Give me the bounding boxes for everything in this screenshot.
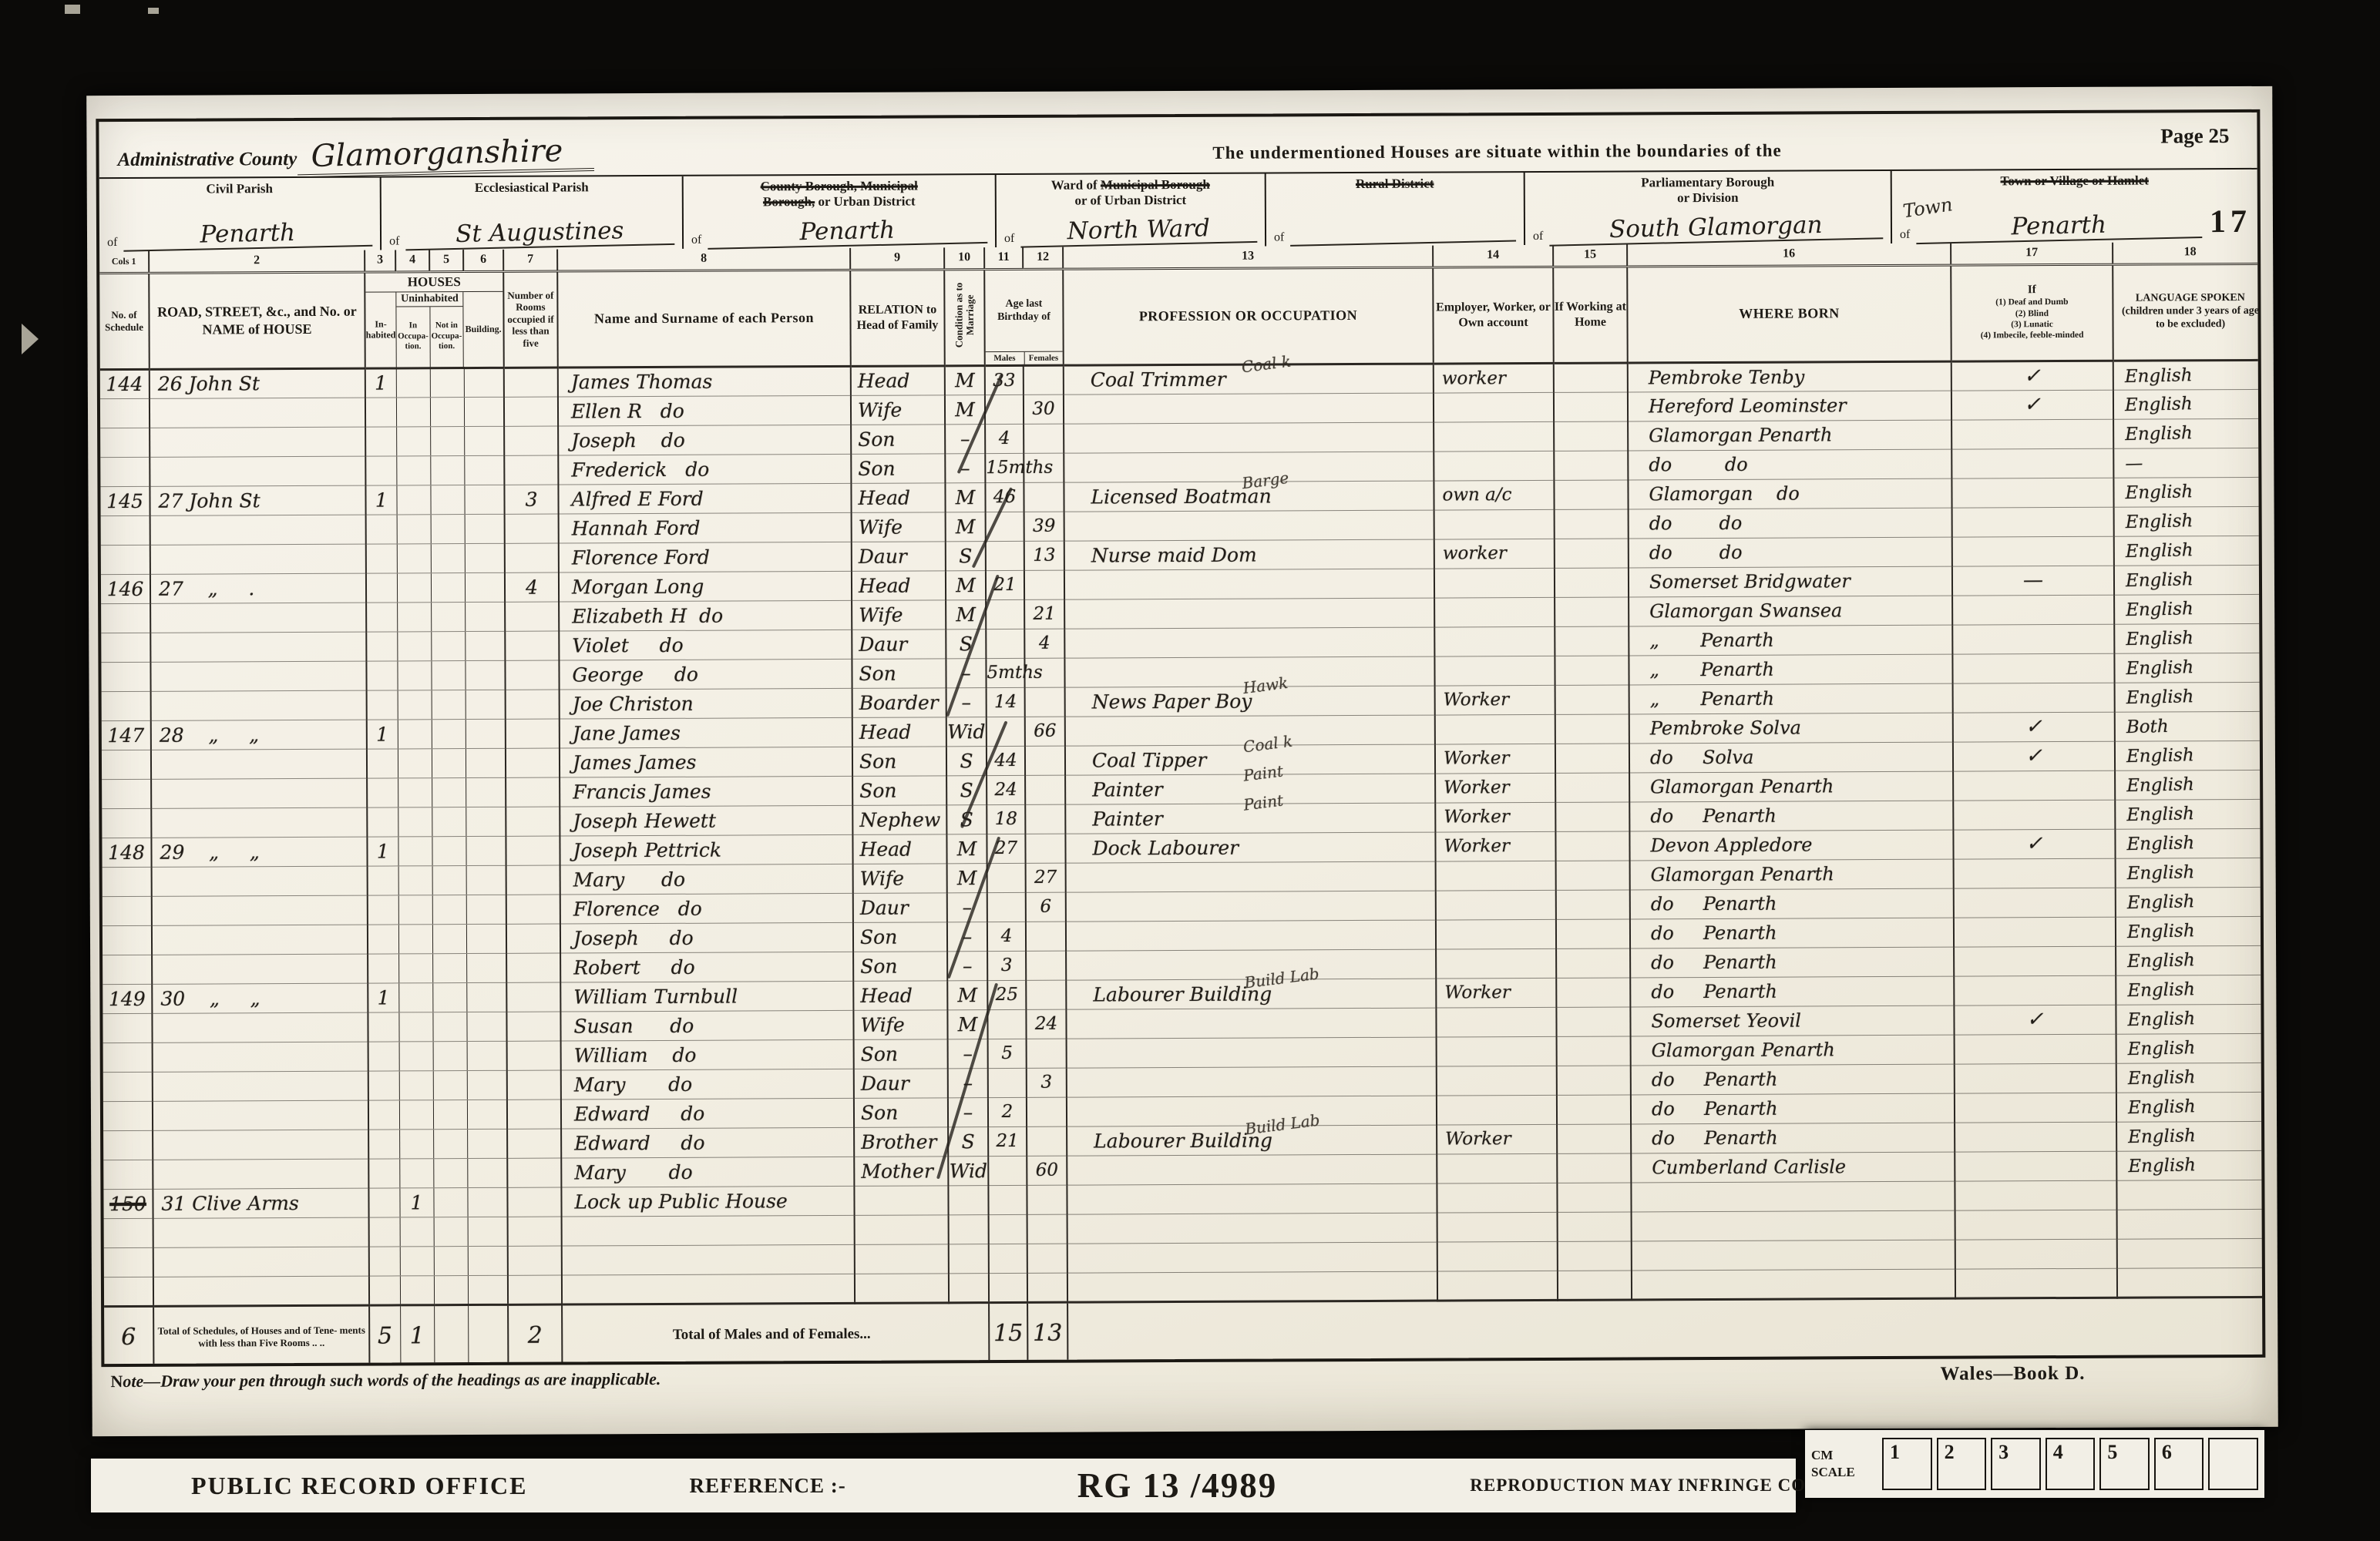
cell-uninhabited-not-occupied xyxy=(431,543,465,572)
cell-schedule xyxy=(103,1072,153,1101)
cell-uninhabited-occupied xyxy=(400,1246,434,1275)
cell-inhabited xyxy=(368,1187,399,1217)
cell-age-female xyxy=(1027,1097,1067,1126)
cell-relation: Brother xyxy=(854,1126,948,1157)
cell-occupation: Build LabLabourer Building xyxy=(1066,979,1436,1009)
cell-uninhabited-occupied xyxy=(398,690,432,719)
cell-road xyxy=(151,690,367,720)
cell-uninhabited-not-occupied xyxy=(432,777,466,807)
cell-relation: Son xyxy=(854,1039,948,1069)
cell-where-born: Cumberland Carlisle xyxy=(1631,1152,1955,1183)
cell-age-female xyxy=(1025,746,1065,775)
cell-building xyxy=(466,982,506,1012)
cell-infirmity-mark: — xyxy=(1952,566,2114,596)
cell-inhabited xyxy=(368,1070,399,1100)
microfilm-scan: { "page": { "number_label": "Page 25" },… xyxy=(0,0,2380,1541)
cell-age-female xyxy=(1027,1039,1067,1068)
cell-rooms xyxy=(508,1275,562,1304)
cell-infirmity-mark: ✓ xyxy=(1953,829,2115,859)
cell-employer xyxy=(1436,890,1556,920)
total-schedules: 6 xyxy=(104,1306,153,1367)
urban-district-title: County Borough, Municipal Borough, or Ur… xyxy=(688,178,990,210)
cell-language: English xyxy=(2116,1120,2266,1152)
cell-relation: Head xyxy=(853,980,947,1010)
cell-road xyxy=(152,954,368,984)
cell-occupation xyxy=(1064,627,1434,658)
cell-occupation xyxy=(1067,1183,1437,1214)
cell-rooms xyxy=(504,455,558,485)
cell-uninhabited-occupied xyxy=(399,1129,433,1158)
cell-occupation xyxy=(1066,861,1436,892)
cell-working-at-home xyxy=(1555,509,1629,538)
cell-uninhabited-occupied xyxy=(398,1012,432,1041)
cell-age-male: 3 xyxy=(987,951,1026,980)
cell-infirmity-mark xyxy=(1954,888,2116,918)
cell-schedule xyxy=(103,867,152,896)
cell-uninhabited-not-occupied xyxy=(431,602,465,631)
parliamentary-borough-box: Parliamentary Boroughor Division ofSouth… xyxy=(1524,171,1891,245)
cell-occupation xyxy=(1064,393,1434,424)
cell-age-female xyxy=(1024,482,1064,512)
cell-schedule xyxy=(103,896,152,925)
occupation-text: Coal Tipper xyxy=(1092,748,1207,771)
cell-infirmity-mark xyxy=(1955,1093,2116,1123)
cell-condition xyxy=(949,1244,989,1273)
cell-inhabited xyxy=(367,777,398,807)
cell-working-at-home xyxy=(1557,1182,1631,1211)
cell-condition xyxy=(948,1185,988,1214)
cell-language: English xyxy=(2116,944,2266,976)
cell-infirmity-mark xyxy=(1955,1268,2117,1298)
cell-rooms xyxy=(507,1129,561,1158)
cell-schedule: 144 xyxy=(100,369,150,398)
cell-name: Robert do xyxy=(560,952,853,982)
occupation-text: Coal Trimmer xyxy=(1091,368,1226,391)
cell-employer xyxy=(1437,1153,1557,1183)
cell-name: James James xyxy=(560,747,852,777)
col-number: 7 xyxy=(503,250,557,271)
cell-age-male xyxy=(989,1214,1027,1244)
of-label: of xyxy=(691,233,708,247)
cell-inhabited xyxy=(368,895,398,924)
cell-age-female xyxy=(1025,804,1065,834)
cell-age-female: 3 xyxy=(1027,1068,1067,1097)
cell-working-at-home xyxy=(1558,1241,1632,1270)
column-headers-row: No. of Schedule ROAD, STREET, &c., and N… xyxy=(99,264,2265,369)
cell-where-born: Glamorgan Swansea xyxy=(1629,596,1952,626)
cell-where-born: Devon Appledore xyxy=(1629,830,1953,861)
cell-building xyxy=(465,543,505,572)
cell-language: English xyxy=(2115,739,2266,771)
cell-uninhabited-occupied xyxy=(396,368,430,397)
cell-uninhabited-not-occupied xyxy=(432,924,466,953)
scale-tick: 2 xyxy=(1937,1438,1987,1490)
footer-reference-bar: PUBLIC RECORD OFFICE REFERENCE :- RG 13 … xyxy=(91,1459,1796,1512)
cell-rooms xyxy=(506,690,560,719)
cell-name: Mary do xyxy=(561,1157,854,1187)
cell-inhabited xyxy=(365,455,396,485)
cell-where-born xyxy=(1632,1240,1955,1271)
cell-occupation xyxy=(1067,1154,1437,1185)
cell-infirmity-mark xyxy=(1952,624,2114,654)
cell-working-at-home xyxy=(1556,918,1630,948)
census-sheet: Administrative County Glamorganshire The… xyxy=(96,109,2265,1367)
town-village-title: Town or Village or Hamlet xyxy=(1897,173,2253,190)
cell-schedule xyxy=(101,515,150,545)
cell-name: Joseph Pettrick xyxy=(560,834,852,865)
cell-rooms xyxy=(505,514,559,543)
cell-road xyxy=(151,778,367,808)
cell-infirmity-mark xyxy=(1951,419,2113,449)
cell-where-born: Glamorgan Penarth xyxy=(1630,859,1954,890)
cell-rooms xyxy=(506,807,560,836)
cell-employer xyxy=(1437,1036,1557,1066)
cell-working-at-home xyxy=(1554,362,1628,391)
cell-inhabited xyxy=(368,1129,399,1158)
cell-where-born: Somerset Yeovil xyxy=(1630,1006,1954,1036)
cell-uninhabited-occupied xyxy=(398,865,432,895)
cell-relation: Nephew xyxy=(852,804,946,834)
cell-infirmity-mark xyxy=(1952,507,2114,537)
cell-relation: Son xyxy=(853,922,947,952)
cell-age-female xyxy=(1025,834,1065,863)
cell-building xyxy=(467,1041,507,1070)
cell-building xyxy=(466,836,506,865)
cell-condition: S xyxy=(946,746,987,775)
cell-language: English xyxy=(2114,622,2265,654)
cell-occupation xyxy=(1066,920,1436,951)
cell-uninhabited-not-occupied xyxy=(433,1041,467,1070)
cell-condition: M xyxy=(946,570,986,599)
col-header-infirmity: If (1) Deaf and Dumb (2) Blind (3) Lunat… xyxy=(1951,264,2113,361)
cell-age-male: 4 xyxy=(985,424,1024,453)
cell-name: Florence Ford xyxy=(559,542,852,572)
cell-infirmity-mark xyxy=(1954,946,2116,976)
cell-working-at-home xyxy=(1556,1006,1630,1036)
cell-uninhabited-occupied xyxy=(396,455,430,485)
cell-working-at-home xyxy=(1555,684,1629,713)
males-title: Males xyxy=(986,351,1024,364)
cell-building xyxy=(465,514,505,543)
cell-building xyxy=(465,572,505,602)
cell-where-born: Pembroke Tenby xyxy=(1628,361,1951,392)
cm-scale-ruler: CM SCALE 1 2 3 4 5 6 xyxy=(1805,1430,2264,1498)
cell-age-female xyxy=(1024,365,1064,394)
cell-language: English xyxy=(2116,1002,2265,1035)
cell-uninhabited-not-occupied xyxy=(430,397,464,426)
cell-inhabited xyxy=(367,748,398,777)
col-number: 15 xyxy=(1553,244,1627,266)
cell-where-born: do Solva xyxy=(1629,742,1953,773)
cell-building xyxy=(464,368,504,397)
cell-language xyxy=(2116,1178,2265,1210)
cell-uninhabited-occupied xyxy=(397,514,431,543)
in-occupation-title: In Occupa- tion. xyxy=(396,307,429,367)
cell-occupation: Nurse maid Dom xyxy=(1064,539,1434,570)
cell-name: William do xyxy=(561,1039,854,1070)
cell-infirmity-mark xyxy=(1955,1122,2116,1152)
cell-language: English xyxy=(2113,505,2265,537)
cell-working-at-home xyxy=(1556,977,1630,1006)
cell-schedule xyxy=(104,1218,153,1247)
cell-schedule: 150 xyxy=(103,1189,153,1218)
cell-condition: – xyxy=(947,892,987,922)
cell-age-female: 6 xyxy=(1026,892,1066,922)
cell-relation: Son xyxy=(852,658,946,688)
col-header-profession: PROFESSION OR OCCUPATION xyxy=(1063,267,1434,365)
note-line: Note—Draw your pen through such words of… xyxy=(110,1369,661,1392)
cell-building xyxy=(465,660,505,690)
cell-rooms xyxy=(506,777,560,807)
cell-inhabited: 1 xyxy=(367,719,398,748)
cell-infirmity-mark xyxy=(1953,683,2115,713)
houses-title: HOUSES xyxy=(365,272,503,292)
infirmity-items: (1) Deaf and Dumb (2) Blind (3) Lunatic … xyxy=(1955,297,2109,341)
cell-rooms xyxy=(506,895,560,924)
cell-employer xyxy=(1434,626,1555,656)
of-label: of xyxy=(389,234,405,248)
cell-occupation xyxy=(1064,510,1434,541)
cell-condition xyxy=(949,1273,989,1302)
cell-employer xyxy=(1437,1241,1558,1271)
cell-uninhabited-not-occupied xyxy=(431,631,465,660)
cell-rooms xyxy=(506,1012,560,1041)
cell-working-at-home xyxy=(1554,391,1628,421)
cell-age-male: 4 xyxy=(987,922,1026,951)
cell-relation: Mother xyxy=(854,1156,948,1186)
cell-working-at-home xyxy=(1557,1065,1631,1094)
col-header-relation: RELATION to Head of Family xyxy=(850,269,945,366)
cell-building xyxy=(464,426,504,455)
cell-road: 28 „ „ xyxy=(151,720,367,750)
cell-inhabited xyxy=(366,514,397,543)
cell-road xyxy=(153,1217,369,1247)
cell-schedule xyxy=(101,633,150,662)
cell-name: James Thomas xyxy=(558,366,851,397)
cell-uninhabited-occupied xyxy=(398,953,432,982)
cell-age-female xyxy=(1026,922,1066,951)
cell-uninhabited-occupied xyxy=(396,485,430,514)
cell-rooms xyxy=(504,426,558,455)
cell-where-born: „ Penarth xyxy=(1629,625,1952,656)
not-in-occupation-title: Not in Occupa- tion. xyxy=(429,307,463,367)
inhabited-title: In-habited xyxy=(365,292,396,367)
cell-relation: Head xyxy=(852,834,946,864)
cell-infirmity-mark: ✓ xyxy=(1951,361,2113,391)
cell-language: English xyxy=(2114,593,2266,625)
cell-rooms xyxy=(506,748,560,777)
cell-age-male xyxy=(986,599,1024,629)
cell-relation: Daur xyxy=(852,629,946,659)
cell-age-male xyxy=(988,1185,1027,1214)
cell-uninhabited-not-occupied xyxy=(434,1275,468,1304)
cell-road xyxy=(152,925,368,955)
infirmity-title: If xyxy=(1955,284,2109,297)
cell-working-at-home xyxy=(1555,626,1629,655)
cell-employer xyxy=(1435,714,1555,744)
cell-age-female xyxy=(1024,570,1064,599)
cell-infirmity-mark: ✓ xyxy=(1953,741,2115,771)
cell-infirmity-mark xyxy=(1954,975,2116,1006)
cell-age-female xyxy=(1027,1273,1067,1302)
cell-working-at-home xyxy=(1555,655,1629,684)
cell-age-female xyxy=(1026,980,1066,1009)
cell-language: English xyxy=(2115,827,2265,859)
scale-tick: 3 xyxy=(1991,1438,2041,1490)
cell-relation: Daur xyxy=(852,541,946,571)
cell-infirmity-mark: ✓ xyxy=(1954,1005,2116,1035)
cell-working-at-home xyxy=(1554,421,1628,450)
cell-road xyxy=(152,895,368,925)
cell-road xyxy=(153,1071,368,1101)
cell-language: English xyxy=(2115,797,2265,830)
cell-schedule: 147 xyxy=(102,720,151,750)
reference-label: REFERENCE :- xyxy=(689,1474,845,1498)
cell-where-born: do Penarth xyxy=(1629,801,1953,831)
cell-age-male xyxy=(988,1068,1027,1097)
cell-age-male xyxy=(986,541,1024,570)
of-label: of xyxy=(1004,232,1020,246)
cell-working-at-home xyxy=(1556,860,1630,889)
cell-rooms xyxy=(506,836,560,865)
cell-language: Both xyxy=(2114,710,2265,742)
cell-working-at-home xyxy=(1557,1094,1631,1123)
cell-where-born: Somerset Bridgwater xyxy=(1629,566,1952,597)
cell-condition: M xyxy=(945,394,985,424)
cell-working-at-home xyxy=(1557,1123,1631,1153)
cell-schedule xyxy=(103,1160,153,1189)
cell-employer xyxy=(1434,656,1555,686)
cell-schedule xyxy=(101,545,150,574)
cell-schedule xyxy=(103,955,152,984)
cell-building xyxy=(467,1100,507,1129)
cell-age-male xyxy=(989,1273,1027,1302)
cell-inhabited xyxy=(367,690,398,719)
col-number: 14 xyxy=(1433,245,1553,267)
cell-rooms xyxy=(506,865,560,895)
cell-building xyxy=(467,1187,507,1217)
col-number: 12 xyxy=(1023,247,1063,269)
cell-uninhabited-occupied xyxy=(397,572,431,602)
cell-name: Joseph do xyxy=(560,922,853,953)
cell-relation: Head xyxy=(851,482,945,512)
total-females: 13 xyxy=(1027,1302,1067,1364)
cell-age-female: 24 xyxy=(1026,1009,1066,1039)
cell-relation: Wife xyxy=(851,394,945,425)
cell-name: Mary do xyxy=(560,864,853,895)
occupation-text: Painter xyxy=(1092,778,1163,801)
cell-uninhabited-not-occupied xyxy=(432,953,466,982)
cell-condition: S xyxy=(946,804,987,834)
cell-relation: Son xyxy=(851,424,945,454)
cell-uninhabited-occupied xyxy=(397,543,431,572)
cell-schedule xyxy=(103,1130,153,1160)
cell-age-female: 13 xyxy=(1024,541,1064,570)
cell-age-female: 30 xyxy=(1024,394,1064,424)
cell-language: English xyxy=(2116,1032,2265,1064)
cell-relation xyxy=(855,1214,949,1244)
cell-road xyxy=(150,515,366,545)
cell-building xyxy=(466,777,506,807)
cell-where-born: „ Penarth xyxy=(1629,683,1953,714)
cell-working-at-home xyxy=(1555,538,1629,567)
cell-inhabited xyxy=(368,953,398,982)
cell-employer xyxy=(1437,1095,1557,1125)
cell-schedule xyxy=(104,1277,153,1306)
cell-employer xyxy=(1436,861,1556,891)
scale-tick: 4 xyxy=(2046,1438,2096,1490)
cell-age-female xyxy=(1027,1244,1067,1273)
cell-language: English xyxy=(2116,973,2265,1006)
col-number: 5 xyxy=(429,250,463,271)
cell-working-at-home xyxy=(1555,596,1629,626)
col-number: 13 xyxy=(1063,246,1433,269)
cell-uninhabited-occupied xyxy=(398,836,432,865)
cell-rooms xyxy=(508,1217,562,1246)
cell-working-at-home xyxy=(1555,713,1629,743)
cell-age-male: 14 xyxy=(987,687,1025,717)
cell-age-male xyxy=(987,1009,1026,1039)
col-number: 18 xyxy=(2113,242,2265,264)
cell-condition: Wid xyxy=(946,717,987,746)
cell-occupation xyxy=(1064,598,1434,629)
cell-age-male: 24 xyxy=(987,775,1025,804)
cell-infirmity-mark xyxy=(1952,595,2114,625)
cell-name xyxy=(562,1215,855,1246)
cell-inhabited xyxy=(366,631,397,660)
cell-road xyxy=(153,1247,369,1277)
cell-employer xyxy=(1434,421,1554,452)
cell-building xyxy=(466,690,506,719)
cell-language: English xyxy=(2114,651,2265,683)
cell-where-born xyxy=(1632,1210,1955,1241)
col-header-employer: Employer, Worker, or Own account xyxy=(1433,267,1554,364)
cell-inhabited xyxy=(368,924,398,953)
cell-building xyxy=(464,455,504,485)
col-header-condition: Condition as to Marriage xyxy=(944,269,985,365)
cell-name: George do xyxy=(559,659,852,690)
cell-uninhabited-not-occupied xyxy=(432,865,466,895)
urban-district-value: Penarth xyxy=(708,217,987,250)
cell-road xyxy=(150,427,365,457)
col-header-language: LANGUAGE SPOKEN (children under 3 years … xyxy=(2113,264,2265,361)
total-males: 15 xyxy=(989,1302,1027,1364)
cell-where-born: Hereford Leominster xyxy=(1628,391,1951,421)
cell-infirmity-mark xyxy=(1955,1034,2116,1064)
cell-name: Francis James xyxy=(560,776,852,807)
cell-employer xyxy=(1437,1271,1558,1301)
cell-rooms xyxy=(506,719,560,748)
cell-name: Joseph do xyxy=(558,425,851,455)
col-number: Cols 1 xyxy=(99,251,149,273)
sheet-header: Administrative County Glamorganshire The… xyxy=(99,112,2257,177)
cell-infirmity-mark xyxy=(1952,536,2114,566)
cell-inhabited xyxy=(365,426,396,455)
cell-working-at-home xyxy=(1555,801,1629,831)
cell-where-born: Glamorgan Penarth xyxy=(1629,771,1953,802)
scale-tick: 6 xyxy=(2154,1438,2204,1490)
cell-uninhabited-occupied: 1 xyxy=(399,1187,433,1217)
cell-road xyxy=(150,632,366,662)
cell-building xyxy=(465,602,505,631)
cell-building xyxy=(466,748,506,777)
cell-name: Violet do xyxy=(559,629,852,660)
col-header-houses: HOUSES In-habited Uninhabited In Occupa-… xyxy=(365,271,504,368)
cell-uninhabited-occupied xyxy=(396,397,430,426)
cell-uninhabited-occupied xyxy=(398,895,432,924)
cell-relation: Son xyxy=(854,1097,948,1127)
cell-uninhabited-not-occupied xyxy=(432,836,466,865)
